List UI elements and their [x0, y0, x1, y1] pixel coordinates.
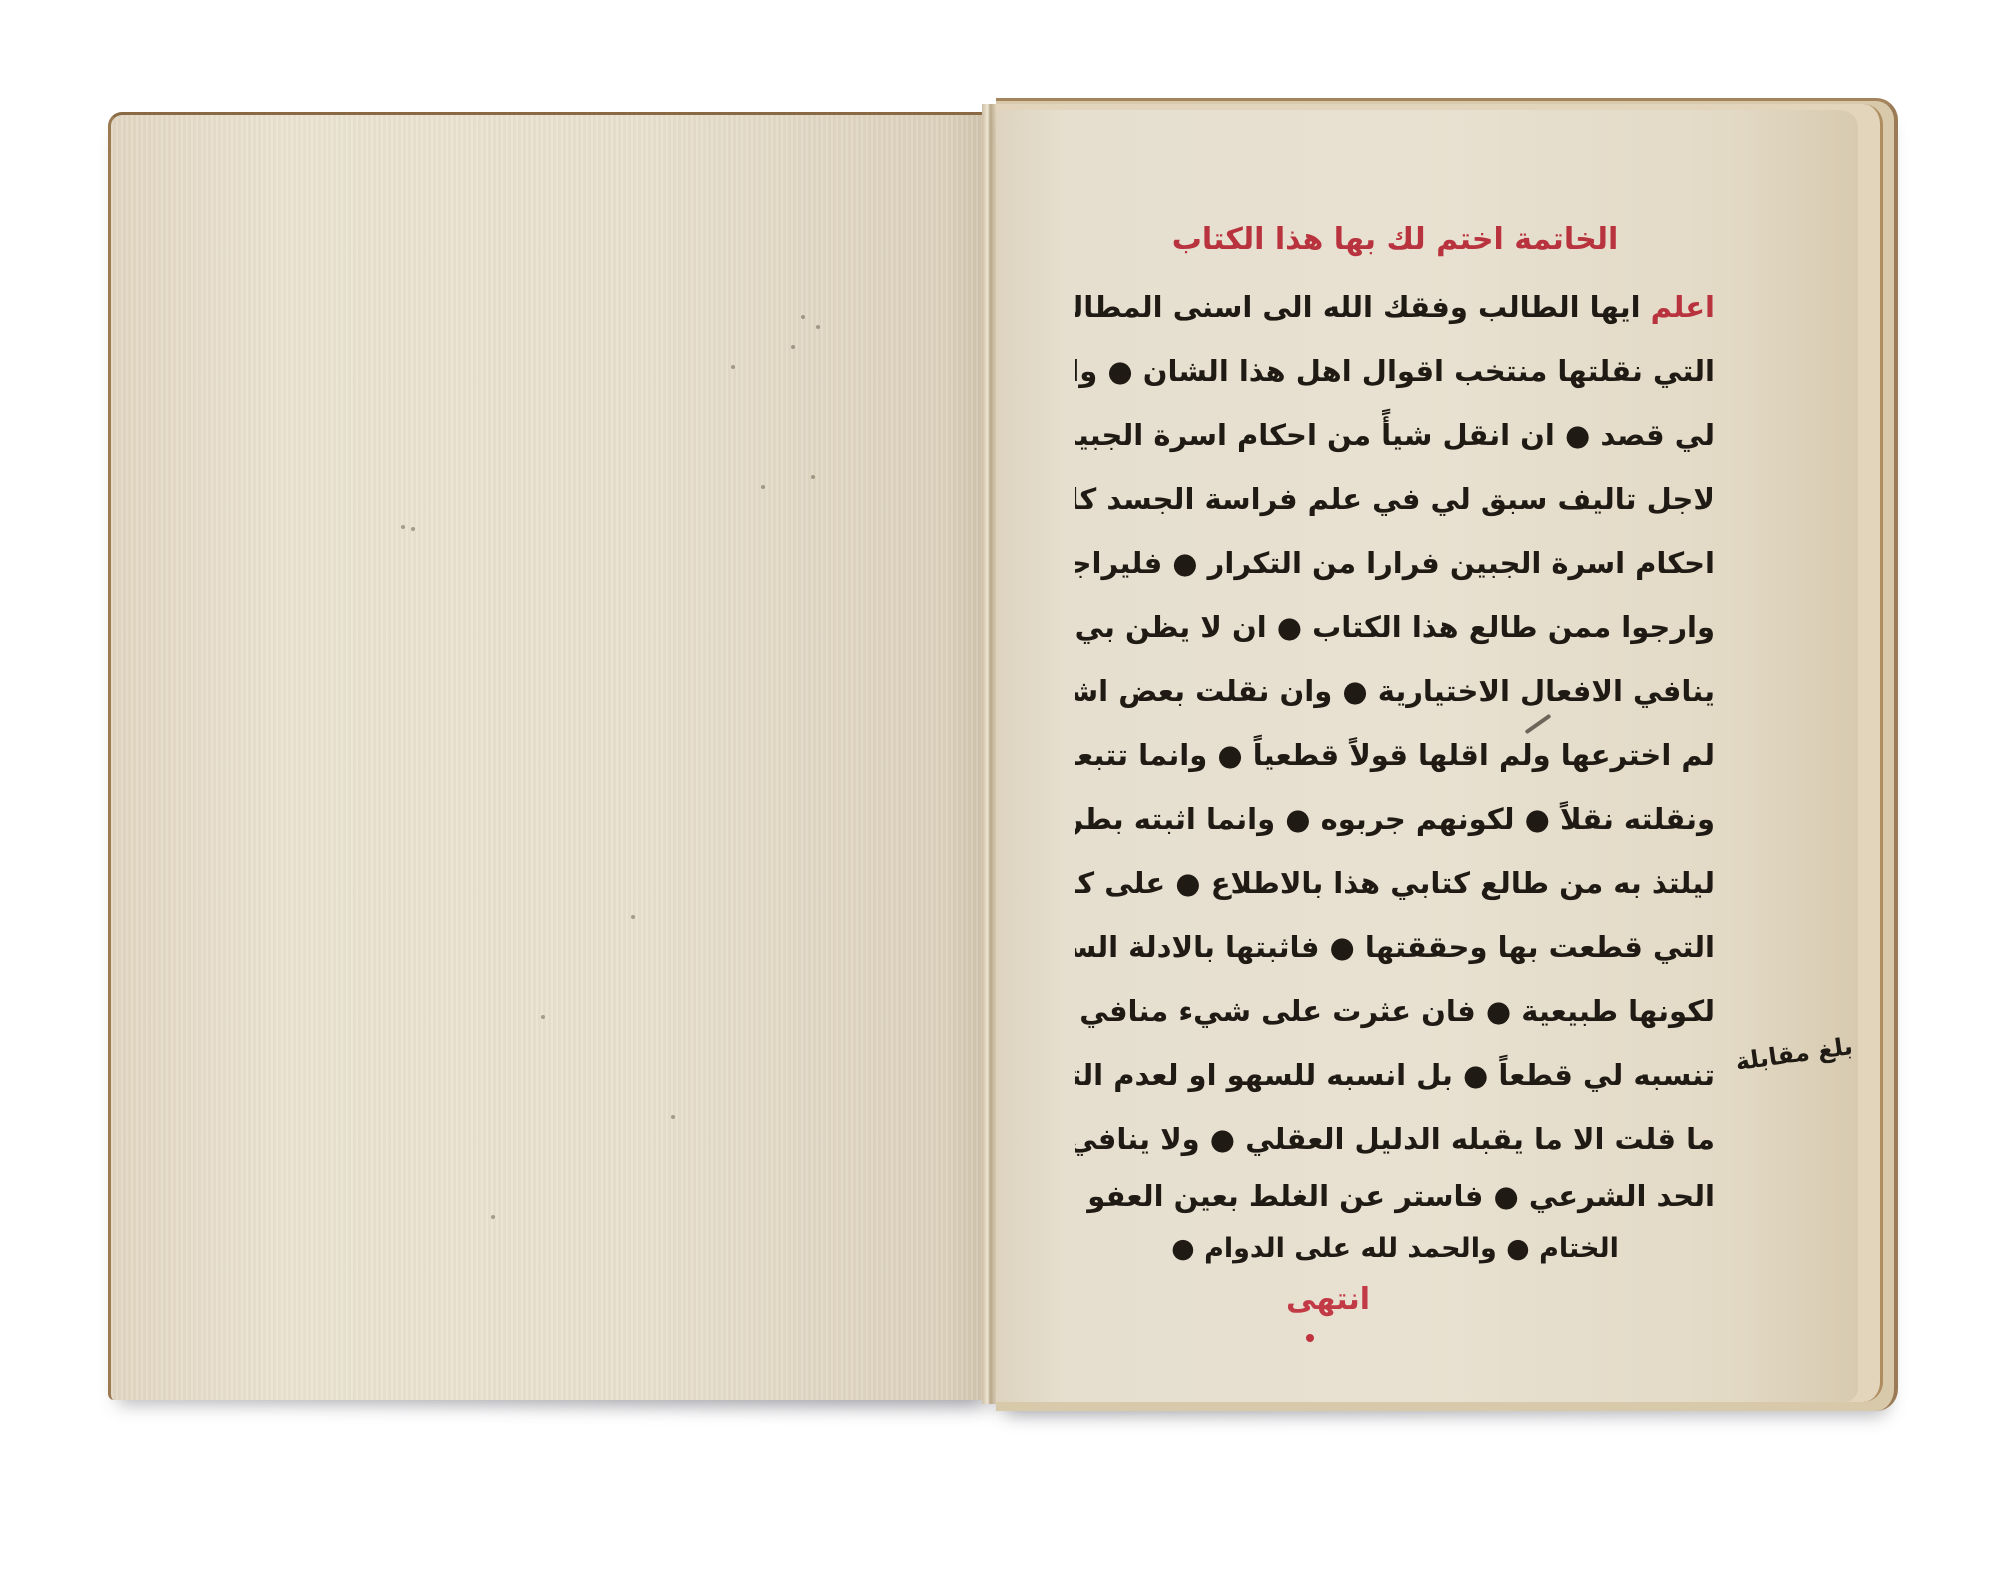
- text-line: ونقلته نقلاً ● لكونهم جربوه ● وانما اثبت…: [1075, 787, 1715, 851]
- manuscript-text-block: الخاتمة اختم لك بها هذا الكتاب اعلم ايها…: [1075, 215, 1715, 1277]
- ink-bleed-spot: [791, 345, 795, 349]
- colophon-end-word: انتهى: [1290, 1282, 1370, 1317]
- left-page-blank: [108, 112, 991, 1400]
- open-manuscript: الخاتمة اختم لك بها هذا الكتاب اعلم ايها…: [0, 0, 2000, 1582]
- text-line: ليلتذ به من طالع كتابي هذا بالاطلاع ● عل…: [1075, 851, 1715, 915]
- text-line: لم اخترعها ولم اقلها قولاً قطعياً ● وانم…: [1075, 723, 1715, 787]
- ink-bleed-spot: [401, 525, 405, 529]
- text-line: لاجل تاليف سبق لي في علم فراسة الجسد كله…: [1075, 467, 1715, 531]
- text-line: لكونها طبيعية ● فان عثرت على شيء منافي ل…: [1075, 979, 1715, 1043]
- rubric-word: اعلم: [1651, 290, 1715, 324]
- closing-line: الختام ● والحمد لله على الدوام ●: [1075, 1221, 1715, 1277]
- ink-bleed-spot: [491, 1215, 495, 1219]
- ink-bleed-spot: [631, 915, 635, 919]
- book-spine: [982, 104, 996, 1404]
- text-line: تنسبه لي قطعاً ● بل انسبه للسهو او لعدم …: [1075, 1043, 1715, 1107]
- text-line: اعلم ايها الطالب وفقك الله الى اسنى المط…: [1075, 275, 1715, 339]
- chapter-heading: الخاتمة اختم لك بها هذا الكتاب: [1075, 215, 1715, 265]
- ink-bleed-spot: [761, 485, 765, 489]
- text-line: ينافي الافعال الاختيارية ● وان نقلت بعض …: [1075, 659, 1715, 723]
- text-line: وارجوا ممن طالع هذا الكتاب ● ان لا يظن ب…: [1075, 595, 1715, 659]
- red-dot-ornament: [1306, 1334, 1314, 1342]
- ink-bleed-spot: [671, 1115, 675, 1119]
- text-line: احكام اسرة الجبين فرارا من التكرار ● فلي…: [1075, 531, 1715, 595]
- text-line: ما قلت الا ما يقبله الدليل العقلي ● ولا …: [1075, 1107, 1715, 1171]
- ink-bleed-spot: [811, 475, 815, 479]
- text-line: لي قصد ● ان انقل شيأً من احكام اسرة الجب…: [1075, 403, 1715, 467]
- ink-bleed-spot: [816, 325, 820, 329]
- text-line: الحد الشرعي ● فاستر عن الغلط بعين العفو …: [1075, 1171, 1715, 1221]
- ink-bleed-spot: [411, 527, 415, 531]
- ink-bleed-spot: [731, 365, 735, 369]
- ink-bleed-spot: [801, 315, 805, 319]
- text-line: التي نقلتها منتخب اقوال اهل هذا الشان ● …: [1075, 339, 1715, 403]
- ink-bleed-spot: [541, 1015, 545, 1019]
- text-line: التي قطعت بها وحققتها ● فاثبتها بالادلة …: [1075, 915, 1715, 979]
